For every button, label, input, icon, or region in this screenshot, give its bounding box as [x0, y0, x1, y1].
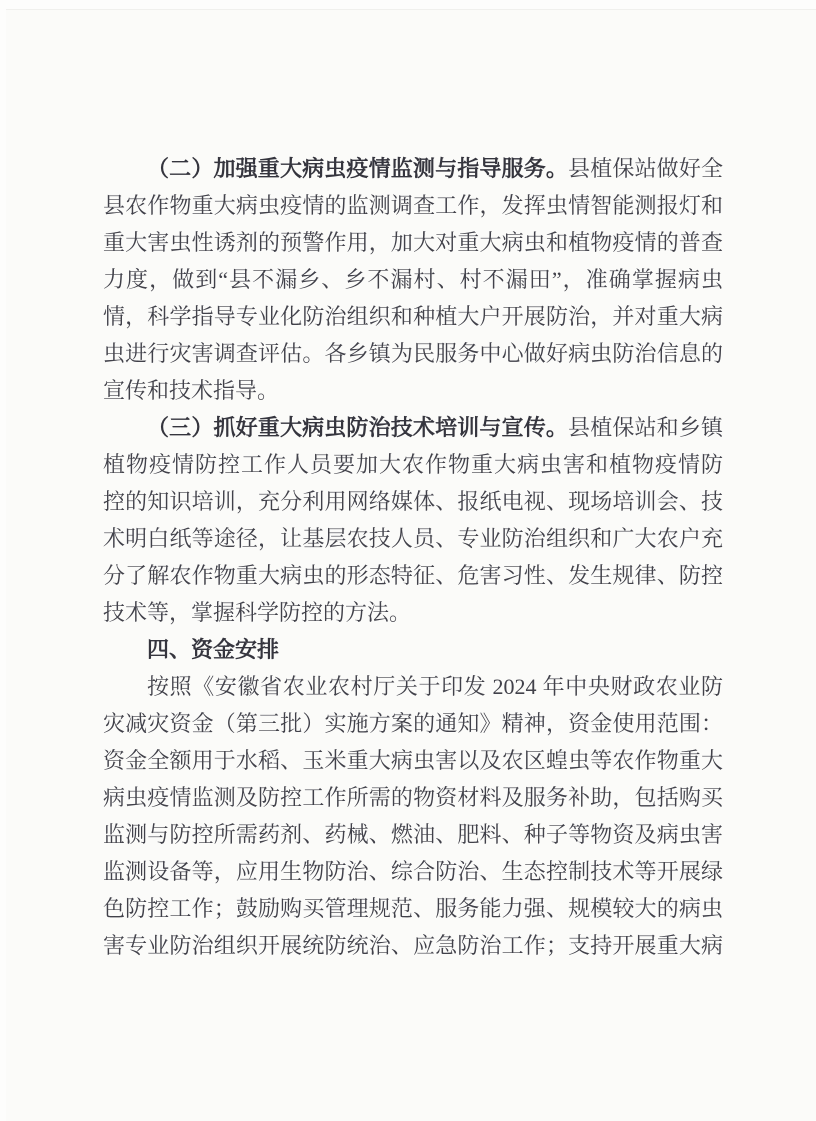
text-line: 县农作物重大病虫疫情的监测调查工作，发挥虫情智能测报灯和: [103, 187, 723, 224]
bold-lead-text: （三）抓好重大病虫防治技术培训与宣传。: [147, 415, 568, 440]
line-text: 监测设备等，应用生物防治、综合防治、生态控制技术等开展绿: [103, 859, 723, 884]
text-line: 宣传和技术指导。: [103, 372, 723, 409]
text-line: 虫进行灾害调查评估。各乡镇为民服务中心做好病虫防治信息的: [103, 335, 723, 372]
text-line: 害专业防治组织开展统防统治、应急防治工作；支持开展重大病: [103, 927, 723, 964]
document-page: （二）加强重大病虫疫情监测与指导服务。县植保站做好全县农作物重大病虫疫情的监测调…: [0, 0, 816, 1121]
line-text: 县农作物重大病虫疫情的监测调查工作，发挥虫情智能测报灯和: [103, 193, 723, 218]
text-line: 控的知识培训，充分利用网络媒体、报纸电视、现场培训会、技: [103, 483, 723, 520]
text-line: 监测设备等，应用生物防治、综合防治、生态控制技术等开展绿: [103, 853, 723, 890]
line-text: 资金全额用于水稻、玉米重大病虫害以及农区蝗虫等农作物重大: [103, 748, 723, 773]
text-line: 术明白纸等途径，让基层农技人员、专业防治组织和广大农户充: [103, 520, 723, 557]
text-line: （二）加强重大病虫疫情监测与指导服务。县植保站做好全: [103, 150, 723, 187]
line-text: 分了解农作物重大病虫的形态特征、危害习性、发生规律、防控: [103, 563, 723, 588]
text-line: 资金全额用于水稻、玉米重大病虫害以及农区蝗虫等农作物重大: [103, 742, 723, 779]
text-line: 监测与防控所需药剂、药械、燃油、肥料、种子等物资及病虫害: [103, 816, 723, 853]
text-line: 力度，做到“县不漏乡、乡不漏村、村不漏田”，准确掌握病虫: [103, 261, 723, 298]
scan-edge-top: [0, 0, 816, 10]
text-line: 技术等，掌握科学防控的方法。: [103, 594, 723, 631]
line-text: 灾减灾资金（第三批）实施方案的通知》精神，资金使用范围：: [103, 711, 723, 736]
text-line: 情，科学指导专业化防治组织和种植大户开展防治，并对重大病: [103, 298, 723, 335]
text-line: 植物疫情防控工作人员要加大农作物重大病虫害和植物疫情防: [103, 446, 723, 483]
line-text: 病虫疫情监测及防控工作所需的物资材料及服务补助，包括购买: [103, 785, 723, 810]
line-text: 宣传和技术指导。: [103, 378, 279, 403]
line-text: 控的知识培训，充分利用网络媒体、报纸电视、现场培训会、技: [103, 489, 723, 514]
line-text: 害专业防治组织开展统防统治、应急防治工作；支持开展重大病: [103, 933, 723, 958]
scan-edge-left: [0, 0, 6, 1121]
line-text: 县植保站做好全: [568, 156, 723, 181]
heading-text: 四、资金安排: [147, 637, 279, 662]
section-heading: 四、资金安排: [103, 631, 723, 668]
text-line: 色防控工作；鼓励购买管理规范、服务能力强、规模较大的病虫: [103, 890, 723, 927]
bold-lead-text: （二）加强重大病虫疫情监测与指导服务。: [147, 156, 568, 181]
line-text: 按照《安徽省农业农村厅关于印发 2024 年中央财政农业防: [147, 674, 723, 699]
line-text: 术明白纸等途径，让基层农技人员、专业防治组织和广大农户充: [103, 526, 723, 551]
line-text: 重大害虫性诱剂的预警作用，加大对重大病虫和植物疫情的普查: [103, 230, 723, 255]
text-line: 病虫疫情监测及防控工作所需的物资材料及服务补助，包括购买: [103, 779, 723, 816]
text-line: 重大害虫性诱剂的预警作用，加大对重大病虫和植物疫情的普查: [103, 224, 723, 261]
text-line: 按照《安徽省农业农村厅关于印发 2024 年中央财政农业防: [103, 668, 723, 705]
line-text: 技术等，掌握科学防控的方法。: [103, 600, 411, 625]
text-line: 灾减灾资金（第三批）实施方案的通知》精神，资金使用范围：: [103, 705, 723, 742]
document-body: （二）加强重大病虫疫情监测与指导服务。县植保站做好全县农作物重大病虫疫情的监测调…: [103, 150, 723, 964]
line-text: 植物疫情防控工作人员要加大农作物重大病虫害和植物疫情防: [103, 452, 723, 477]
line-text: 力度，做到“县不漏乡、乡不漏村、村不漏田”，准确掌握病虫: [103, 267, 723, 292]
line-text: 虫进行灾害调查评估。各乡镇为民服务中心做好病虫防治信息的: [103, 341, 723, 366]
line-text: 情，科学指导专业化防治组织和种植大户开展防治，并对重大病: [103, 304, 723, 329]
text-line: （三）抓好重大病虫防治技术培训与宣传。县植保站和乡镇: [103, 409, 723, 446]
text-line: 分了解农作物重大病虫的形态特征、危害习性、发生规律、防控: [103, 557, 723, 594]
line-text: 色防控工作；鼓励购买管理规范、服务能力强、规模较大的病虫: [103, 896, 723, 921]
line-text: 县植保站和乡镇: [568, 415, 723, 440]
line-text: 监测与防控所需药剂、药械、燃油、肥料、种子等物资及病虫害: [103, 822, 723, 847]
